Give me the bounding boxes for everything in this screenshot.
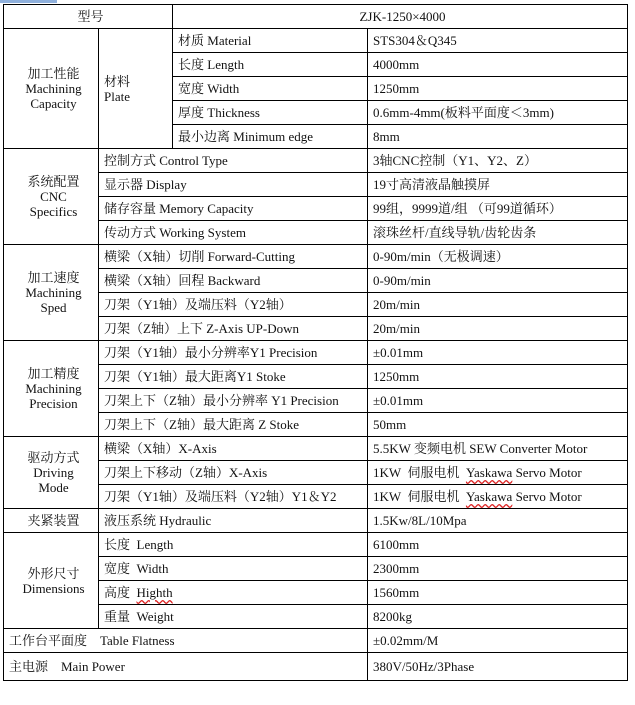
spec-value: 4000mm (368, 53, 628, 77)
table-row: 加工性能 Machining Capacity 材料 Plate 材质 Mate… (4, 29, 628, 53)
spec-value: 99组，9999道/组 （可99道循环） (368, 197, 628, 221)
spec-value: 0-90m/min (368, 269, 628, 293)
spec-label: 工作台平面度 Table Flatness (4, 629, 368, 653)
group-title-en: Sped (9, 300, 98, 315)
spec-value: 1560mm (368, 581, 628, 605)
spec-value: 1.5Kw/8L/10Mpa (368, 509, 628, 533)
group-title-en: Machining (9, 81, 98, 96)
model-label: 型号 (4, 5, 173, 29)
spellcheck-word: Highth (137, 585, 173, 600)
table-row: 系统配置 CNC Specifics 控制方式 Control Type 3轴C… (4, 149, 628, 173)
spec-label: 刀架上下（Z轴）最小分辨率 Y1 Precision (99, 389, 368, 413)
spec-label: 高度 Highth (99, 581, 368, 605)
group-machining-capacity: 加工性能 Machining Capacity (4, 29, 99, 149)
group-machining-precision: 加工精度 Machining Precision (4, 341, 99, 437)
spellcheck-word: Yaskawa (466, 489, 512, 504)
spec-label: 液压系统 Hydraulic (99, 509, 368, 533)
group-driving-mode: 驱动方式 Driving Mode (4, 437, 99, 509)
group-title-en: Specifics (9, 204, 98, 219)
group-title-en: Driving (9, 465, 98, 480)
group-title-cn: 外形尺寸 (9, 566, 98, 581)
spec-label: 横梁（X轴）X-Axis (99, 437, 368, 461)
spec-label: 厚度 Thickness (173, 101, 368, 125)
spec-label: 刀架（Z轴）上下 Z-Axis UP-Down (99, 317, 368, 341)
spec-value: 1KW 伺服电机 Yaskawa Servo Motor (368, 461, 628, 485)
spec-value: ±0.01mm (368, 341, 628, 365)
group-title-cn: 加工速度 (9, 270, 98, 285)
group-title-en: CNC (9, 189, 98, 204)
group-title-cn: 系统配置 (9, 174, 98, 189)
group-title-en: Dimensions (9, 581, 98, 596)
group-title-en: Machining (9, 285, 98, 300)
spellcheck-word: Yaskawa (466, 465, 512, 480)
spec-label: 控制方式 Control Type (99, 149, 368, 173)
table-row: 夹紧装置 液压系统 Hydraulic 1.5Kw/8L/10Mpa (4, 509, 628, 533)
spec-value: 20m/min (368, 293, 628, 317)
spec-label: 传动方式 Working System (99, 221, 368, 245)
group-dimensions: 外形尺寸 Dimensions (4, 533, 99, 629)
group-clamping: 夹紧装置 (4, 509, 99, 533)
table-row: 外形尺寸 Dimensions 长度 Length 6100mm (4, 533, 628, 557)
model-value: ZJK-1250×4000 (173, 5, 628, 29)
spec-label: 长度 Length (173, 53, 368, 77)
subgroup-title-cn: 材料 (104, 74, 172, 89)
spec-label: 宽度 Width (173, 77, 368, 101)
spec-value: 2300mm (368, 557, 628, 581)
spec-value: 50mm (368, 413, 628, 437)
group-title-en: Mode (9, 480, 98, 495)
group-cnc-specifics: 系统配置 CNC Specifics (4, 149, 99, 245)
spec-value: 8200kg (368, 605, 628, 629)
group-title-cn: 驱动方式 (9, 450, 98, 465)
value-text: 5.5KW 变频电机 SEW Converter Motor (373, 441, 587, 456)
value-text: 1KW 伺服电机 (373, 465, 466, 480)
spec-value: 0.6mm-4mm(板料平面度＜3mm) (368, 101, 628, 125)
table-row: 加工精度 Machining Precision 刀架（Y1轴）最小分辨率Y1 … (4, 341, 628, 365)
spec-value: 1KW 伺服电机 Yaskawa Servo Motor (368, 485, 628, 509)
spec-label: 储存容量 Memory Capacity (99, 197, 368, 221)
spec-value: 0-90m/min（无极调速） (368, 245, 628, 269)
spec-label: 宽度 Width (99, 557, 368, 581)
selection-highlight-bar (0, 0, 57, 3)
spec-label: 主电源 Main Power (4, 653, 368, 681)
spec-label: 刀架（Y1轴）及端压料（Y2轴） (99, 293, 368, 317)
table-row: 工作台平面度 Table Flatness ±0.02mm/M (4, 629, 628, 653)
spec-label: 重量 Weight (99, 605, 368, 629)
spec-label: 材质 Material (173, 29, 368, 53)
spec-label: 刀架上下移动（Z轴）X-Axis (99, 461, 368, 485)
group-title-en: Machining (9, 381, 98, 396)
spec-label: 刀架上下（Z轴）最大距离 Z Stoke (99, 413, 368, 437)
group-title-en: Capacity (9, 96, 98, 111)
spec-label: 显示器 Display (99, 173, 368, 197)
value-text: Servo Motor (512, 489, 581, 504)
table-row-model: 型号 ZJK-1250×4000 (4, 5, 628, 29)
spec-label: 长度 Length (99, 533, 368, 557)
spec-value: 6100mm (368, 533, 628, 557)
spec-value: 1250mm (368, 365, 628, 389)
spec-label: 刀架（Y1轴）及端压料（Y2轴）Y1＆Y2 (99, 485, 368, 509)
spec-value: 380V/50Hz/3Phase (368, 653, 628, 681)
spec-label: 最小边离 Minimum edge (173, 125, 368, 149)
spec-value: STS304＆Q345 (368, 29, 628, 53)
spec-table: 型号 ZJK-1250×4000 加工性能 Machining Capacity… (3, 4, 628, 681)
spec-value: 5.5KW 变频电机 SEW Converter Motor (368, 437, 628, 461)
group-title-en: Precision (9, 396, 98, 411)
spec-value: ±0.01mm (368, 389, 628, 413)
value-text: Servo Motor (512, 465, 581, 480)
table-row: 驱动方式 Driving Mode 横梁（X轴）X-Axis 5.5KW 变频电… (4, 437, 628, 461)
group-title-cn: 加工性能 (9, 66, 98, 81)
spec-value: 19寸高清液晶触摸屏 (368, 173, 628, 197)
table-row: 主电源 Main Power 380V/50Hz/3Phase (4, 653, 628, 681)
spec-value: 滚珠丝杆/直线导轨/齿轮齿条 (368, 221, 628, 245)
subgroup-plate: 材料 Plate (99, 29, 173, 149)
spec-value: 1250mm (368, 77, 628, 101)
group-machining-speed: 加工速度 Machining Sped (4, 245, 99, 341)
table-row: 加工速度 Machining Sped 横梁（X轴）切削 Forward-Cut… (4, 245, 628, 269)
spec-value: ±0.02mm/M (368, 629, 628, 653)
spec-label: 横梁（X轴）切削 Forward-Cutting (99, 245, 368, 269)
spec-label: 刀架（Y1轴）最大距离Y1 Stoke (99, 365, 368, 389)
subgroup-title-en: Plate (104, 89, 172, 104)
label-text: 高度 (104, 585, 137, 600)
spec-value: 3轴CNC控制（Y1、Y2、Z） (368, 149, 628, 173)
spec-label: 刀架（Y1轴）最小分辨率Y1 Precision (99, 341, 368, 365)
spec-value: 8mm (368, 125, 628, 149)
spec-label: 横梁（X轴）回程 Backward (99, 269, 368, 293)
value-text: 1KW 伺服电机 (373, 489, 466, 504)
spec-value: 20m/min (368, 317, 628, 341)
group-title-cn: 加工精度 (9, 366, 98, 381)
